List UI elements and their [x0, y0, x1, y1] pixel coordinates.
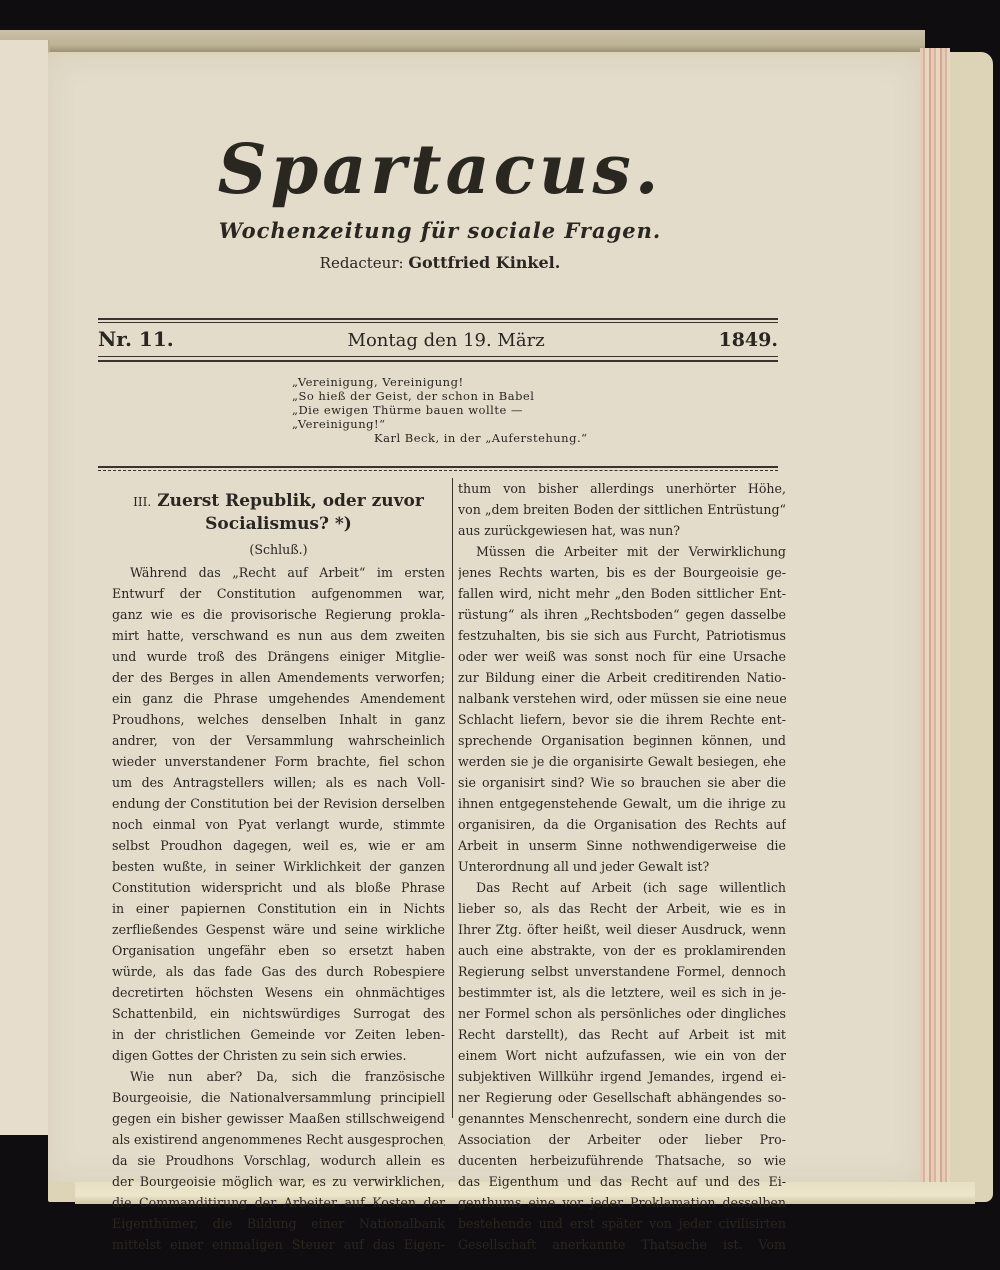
- text-line: noch einmal von Pyat verlangt wurde, sti…: [112, 814, 445, 835]
- text-line: endung der Constitution bei der Revision…: [112, 793, 445, 814]
- text-line: genthums eine vor jeder Proklamation des…: [458, 1192, 786, 1213]
- text-line: bestimmter ist, als die letztere, weil e…: [458, 982, 786, 1003]
- text-line: sprechende Organisation beginnen können,…: [458, 730, 786, 751]
- text-line: Schattenbild, ein nichtswürdiges Surroga…: [112, 1003, 445, 1024]
- rule-bottom-thin: [98, 470, 778, 471]
- text-line: rüstung“ als ihren „Rechtsboden“ gegen d…: [458, 604, 786, 625]
- text-line: von „dem breiten Boden der sittlichen En…: [458, 499, 786, 520]
- text-line: Proudhons, welches denselben Inhalt in g…: [112, 709, 445, 730]
- text-line: Eigenthümer, die Bildung einer Nationalb…: [112, 1213, 445, 1234]
- rule-top: [98, 318, 778, 320]
- text-line: in der christlichen Gemeinde vor Zeiten …: [112, 1024, 445, 1045]
- text-line: ihnen entgegenstehende Gewalt, um die ih…: [458, 793, 786, 814]
- newspaper-subtitle: Wochenzeitung für sociale Fragen.: [90, 218, 790, 243]
- motto-line: „Vereinigung!“: [292, 417, 588, 431]
- article-title-line: Socialismus? *): [205, 514, 352, 534]
- text-line: Müssen die Arbeiter mit der Verwirklichu…: [458, 541, 786, 562]
- text-line: Regierung selbst unverstandene Formel, d…: [458, 961, 786, 982]
- text-line: gegen ein bisher gewisser Maaßen stillsc…: [112, 1108, 445, 1129]
- text-line: lieber so, als das Recht der Arbeit, wie…: [458, 898, 786, 919]
- text-line: oder wer weiß was sonst noch für eine Ur…: [458, 646, 786, 667]
- article-column-left: III.Zuerst Republik, oder zuvor Socialis…: [112, 490, 445, 1255]
- text-line: aus zurückgewiesen hat, was nun?: [458, 520, 786, 541]
- text-line: mittelst einer einmaligen Steuer auf das…: [112, 1234, 445, 1255]
- issue-date: Montag den 19. März: [348, 330, 545, 351]
- rule-top-thin: [98, 322, 778, 323]
- rule-bottom: [98, 466, 778, 468]
- text-line: Das Recht auf Arbeit (ich sage willentli…: [458, 877, 786, 898]
- text-line: in einer papiernen Constitution ein in N…: [112, 898, 445, 919]
- text-line: wieder unverstandener Form brachte, fiel…: [112, 751, 445, 772]
- page-fore-edge: [920, 48, 950, 1183]
- article-title: III.Zuerst Republik, oder zuvor Socialis…: [112, 490, 445, 535]
- issue-info-bar: Nr. 11. Montag den 19. März 1849.: [98, 327, 778, 351]
- text-line: ner Formel schon als persönliches oder d…: [458, 1003, 786, 1024]
- text-line: Arbeit in unserm Sinne nothwendigerweise…: [458, 835, 786, 856]
- text-line: um des Antragstellers willen; als es nac…: [112, 772, 445, 793]
- text-line: als existirend angenommenes Recht ausges…: [112, 1129, 445, 1150]
- text-line: Bourgeoisie, die Nationalversammlung pri…: [112, 1087, 445, 1108]
- text-line: organisiren, da die Organisation des Rec…: [458, 814, 786, 835]
- text-line: zur Bildung einer die Arbeit creditirend…: [458, 667, 786, 688]
- text-line: werden sie je die organisirte Gewalt bes…: [458, 751, 786, 772]
- text-line: ducenten herbeizuführende Thatsache, so …: [458, 1150, 786, 1171]
- text-line: Organisation ungefähr eben so ersetzt ha…: [112, 940, 445, 961]
- continuation-note: (Schluß.): [112, 539, 445, 560]
- motto-line: „Die ewigen Thürme bauen wollte —: [292, 403, 588, 417]
- text-line: subjektiven Willkühr irgend Jemandes, ir…: [458, 1066, 786, 1087]
- text-line: sie organisirt sind? Wie so brauchen sie…: [458, 772, 786, 793]
- rule-mid: [98, 360, 778, 362]
- article-title-line: Zuerst Republik, oder zuvor: [157, 491, 424, 511]
- text-line: würde, als das fade Gas des durch Robesp…: [112, 961, 445, 982]
- text-line: jenes Rechts warten, bis es der Bourgeoi…: [458, 562, 786, 583]
- text-line: Wie nun aber? Da, sich die französische: [112, 1066, 445, 1087]
- text-line: Schlacht liefern, bevor sie die ihrem Re…: [458, 709, 786, 730]
- editor-name: Gottfried Kinkel.: [408, 253, 560, 272]
- text-line: ner Regierung oder Gesellschaft abhängen…: [458, 1087, 786, 1108]
- text-line: bestehende und erst später von jeder civ…: [458, 1213, 786, 1234]
- text-line: nalbank verstehen wird, oder müssen sie …: [458, 688, 786, 709]
- text-line: Association der Arbeiter oder lieber Pro…: [458, 1129, 786, 1150]
- text-line: fallen wird, nicht mehr „den Boden sittl…: [458, 583, 786, 604]
- text-line: digen Gottes der Christen zu sein sich e…: [112, 1045, 445, 1066]
- left-page-edge: [0, 40, 50, 1135]
- motto-attribution: Karl Beck, in der „Auferstehung.“: [292, 431, 588, 445]
- motto-epigraph: „Vereinigung, Vereinigung! „So hieß der …: [292, 375, 588, 445]
- article-number: III.: [133, 495, 151, 509]
- text-line: auch eine abstrakte, von der es proklami…: [458, 940, 786, 961]
- masthead: Spartacus. Wochenzeitung für sociale Fra…: [90, 130, 790, 272]
- text-line: besten wußte, in seiner Wirklichkeit der…: [112, 856, 445, 877]
- text-line: Entwurf der Constitution aufgenommen war…: [112, 583, 445, 604]
- text-line: mirt hatte, verschwand es nun aus dem zw…: [112, 625, 445, 646]
- text-line: und wurde troß des Drängens einiger Mitg…: [112, 646, 445, 667]
- text-line: Unterordnung all und jeder Gewalt ist?: [458, 856, 786, 877]
- newspaper-title: Spartacus.: [90, 130, 790, 210]
- text-line: da sie Proudhons Vorschlag, wodurch alle…: [112, 1150, 445, 1171]
- text-line: zerfließendes Gespenst wäre und seine wi…: [112, 919, 445, 940]
- text-line: andrer, von der Versammlung wahrscheinli…: [112, 730, 445, 751]
- text-line: festzuhalten, bis sie sich aus Furcht, P…: [458, 625, 786, 646]
- motto-line: „Vereinigung, Vereinigung!: [292, 375, 588, 389]
- editor-line: Redacteur: Gottfried Kinkel.: [90, 253, 790, 272]
- column-divider: [452, 478, 453, 1118]
- text-line: Constitution widerspricht und als bloße …: [112, 877, 445, 898]
- text-line: Recht darstellt), das Recht auf Arbeit i…: [458, 1024, 786, 1045]
- text-line: Während das „Recht auf Arbeit“ im ersten: [112, 562, 445, 583]
- text-line: die Commanditirung der Arbeiter auf Kost…: [112, 1192, 445, 1213]
- text-line: ein ganz die Phrase umgehendes Amendemen…: [112, 688, 445, 709]
- article-column-right: thum von bisher allerdings unerhörter Hö…: [458, 478, 786, 1255]
- text-line: Ihrer Ztg. öfter heißt, weil dieser Ausd…: [458, 919, 786, 940]
- issue-year: 1849.: [718, 329, 778, 351]
- text-line: selbst Proudhon dagegen, weil es, wie er…: [112, 835, 445, 856]
- rule-mid-thin: [98, 356, 778, 357]
- text-line: decretirten höchsten Wesens ein ohnmächt…: [112, 982, 445, 1003]
- text-line: genanntes Menschenrecht, sondern eine du…: [458, 1108, 786, 1129]
- text-line: der Bourgeoisie möglich war, es zu verwi…: [112, 1171, 445, 1192]
- text-line: einem Wort nicht aufzufassen, wie ein vo…: [458, 1045, 786, 1066]
- text-line: Gesellschaft anerkannte Thatsache ist. V…: [458, 1234, 786, 1255]
- text-line: der des Berges in allen Amendements verw…: [112, 667, 445, 688]
- text-line: ganz wie es die provisorische Regierung …: [112, 604, 445, 625]
- issue-number: Nr. 11.: [98, 327, 174, 351]
- editor-label: Redacteur:: [320, 254, 404, 272]
- motto-line: „So hieß der Geist, der schon in Babel: [292, 389, 588, 403]
- text-line: das Eigenthum und das Recht auf und des …: [458, 1171, 786, 1192]
- text-line: thum von bisher allerdings unerhörter Hö…: [458, 478, 786, 499]
